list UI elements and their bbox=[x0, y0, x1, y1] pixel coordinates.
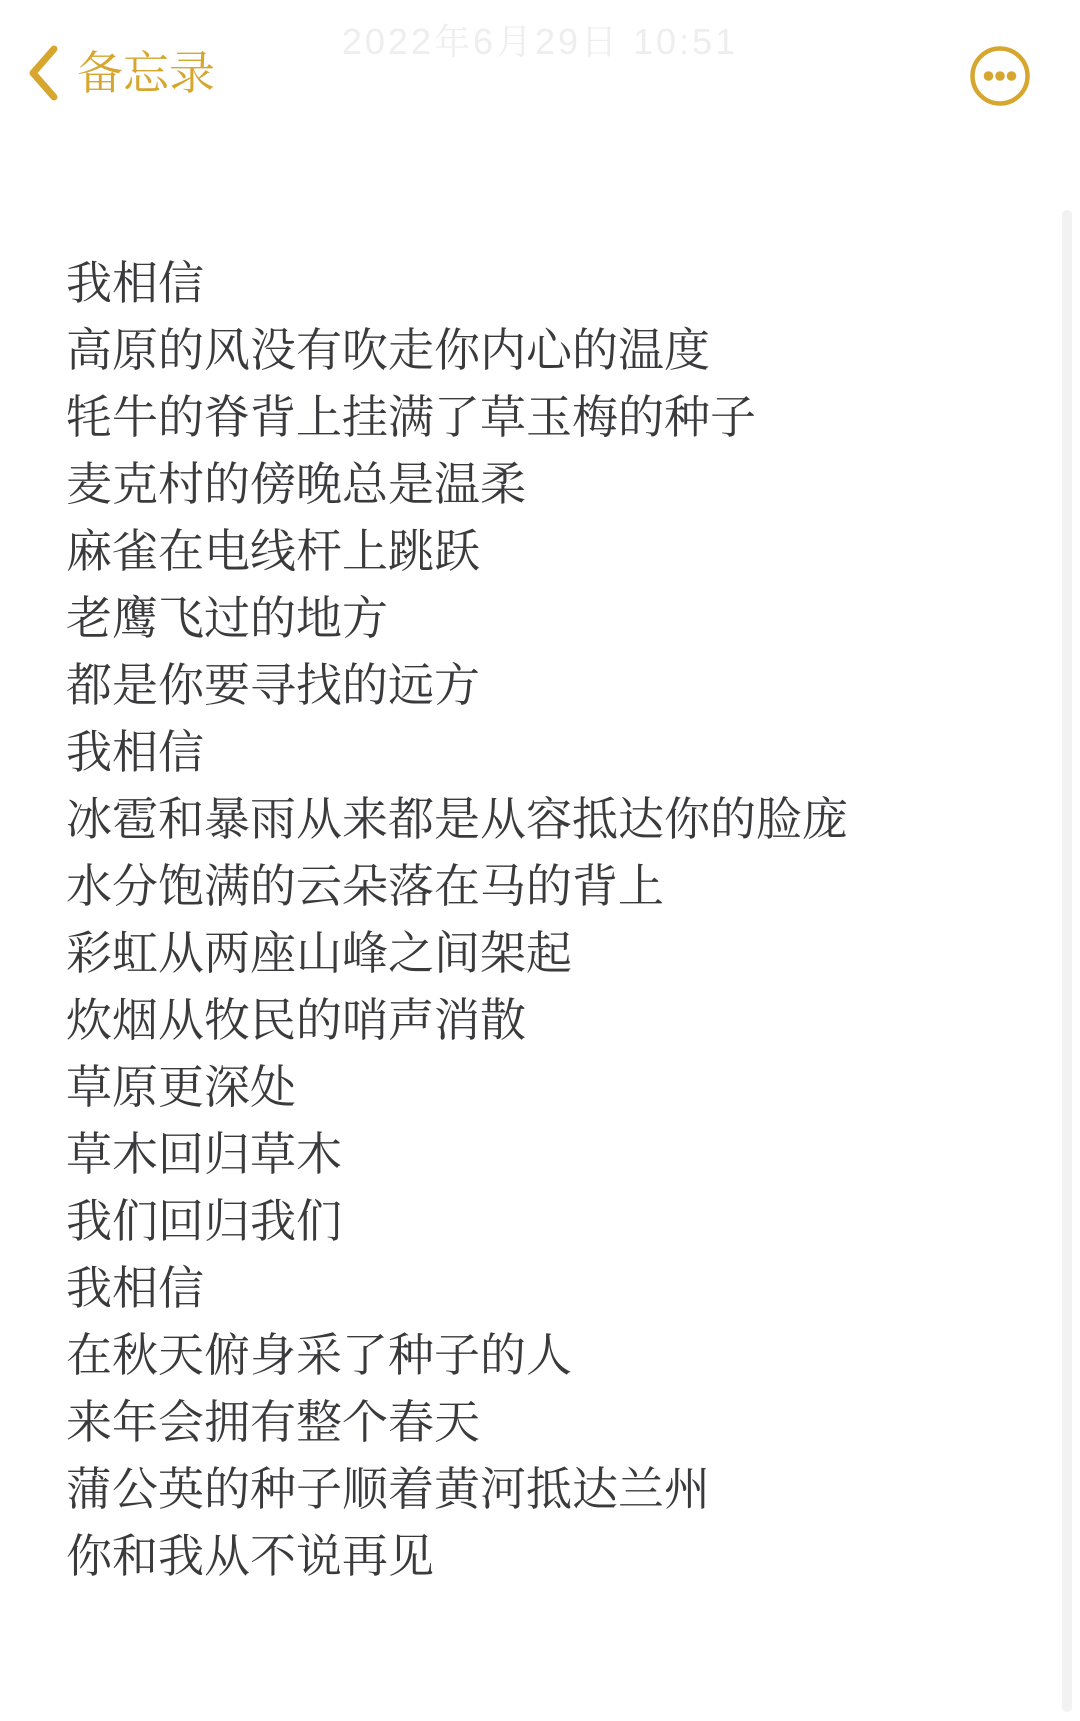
back-button-label: 备忘录 bbox=[77, 42, 215, 104]
poem-line: 草原更深处 bbox=[66, 1054, 1016, 1121]
poem-line: 我相信 bbox=[66, 719, 1016, 786]
poem-line: 老鹰飞过的地方 bbox=[66, 585, 1016, 652]
poem-line: 我相信 bbox=[66, 250, 1016, 317]
notes-app-screen: 2022年6月29日 10:51 备忘录 我相信 高原的风没有吹走你内心的温度 … bbox=[0, 0, 1080, 1721]
poem-line: 牦牛的脊背上挂满了草玉梅的种子 bbox=[66, 384, 1016, 451]
poem-line: 高原的风没有吹走你内心的温度 bbox=[66, 317, 1016, 384]
poem-line: 我们回归我们 bbox=[66, 1188, 1016, 1255]
more-button[interactable] bbox=[969, 45, 1031, 107]
poem-line: 麦克村的傍晚总是温柔 bbox=[66, 451, 1016, 518]
poem-line: 草木回归草木 bbox=[66, 1121, 1016, 1188]
chevron-left-icon bbox=[25, 43, 61, 103]
poem-line: 都是你要寻找的远方 bbox=[66, 652, 1016, 719]
back-button[interactable]: 备忘录 bbox=[25, 42, 215, 104]
ellipsis-circle-icon bbox=[969, 45, 1031, 107]
poem-line: 在秋天俯身采了种子的人 bbox=[66, 1322, 1016, 1389]
poem-line: 你和我从不说再见 bbox=[66, 1523, 1016, 1590]
poem-line: 我相信 bbox=[66, 1255, 1016, 1322]
poem-line: 来年会拥有整个春天 bbox=[66, 1389, 1016, 1456]
poem-line: 水分饱满的云朵落在马的背上 bbox=[66, 853, 1016, 920]
poem-line: 冰雹和暴雨从来都是从容抵达你的脸庞 bbox=[66, 786, 1016, 853]
scrollbar[interactable] bbox=[1062, 210, 1072, 1712]
poem-line: 炊烟从牧民的哨声消散 bbox=[66, 987, 1016, 1054]
poem-line: 麻雀在电线杆上跳跃 bbox=[66, 518, 1016, 585]
poem-line: 彩虹从两座山峰之间架起 bbox=[66, 920, 1016, 987]
poem-line: 蒲公英的种子顺着黄河抵达兰州 bbox=[66, 1456, 1016, 1523]
note-content[interactable]: 我相信 高原的风没有吹走你内心的温度 牦牛的脊背上挂满了草玉梅的种子 麦克村的傍… bbox=[66, 250, 1016, 1590]
